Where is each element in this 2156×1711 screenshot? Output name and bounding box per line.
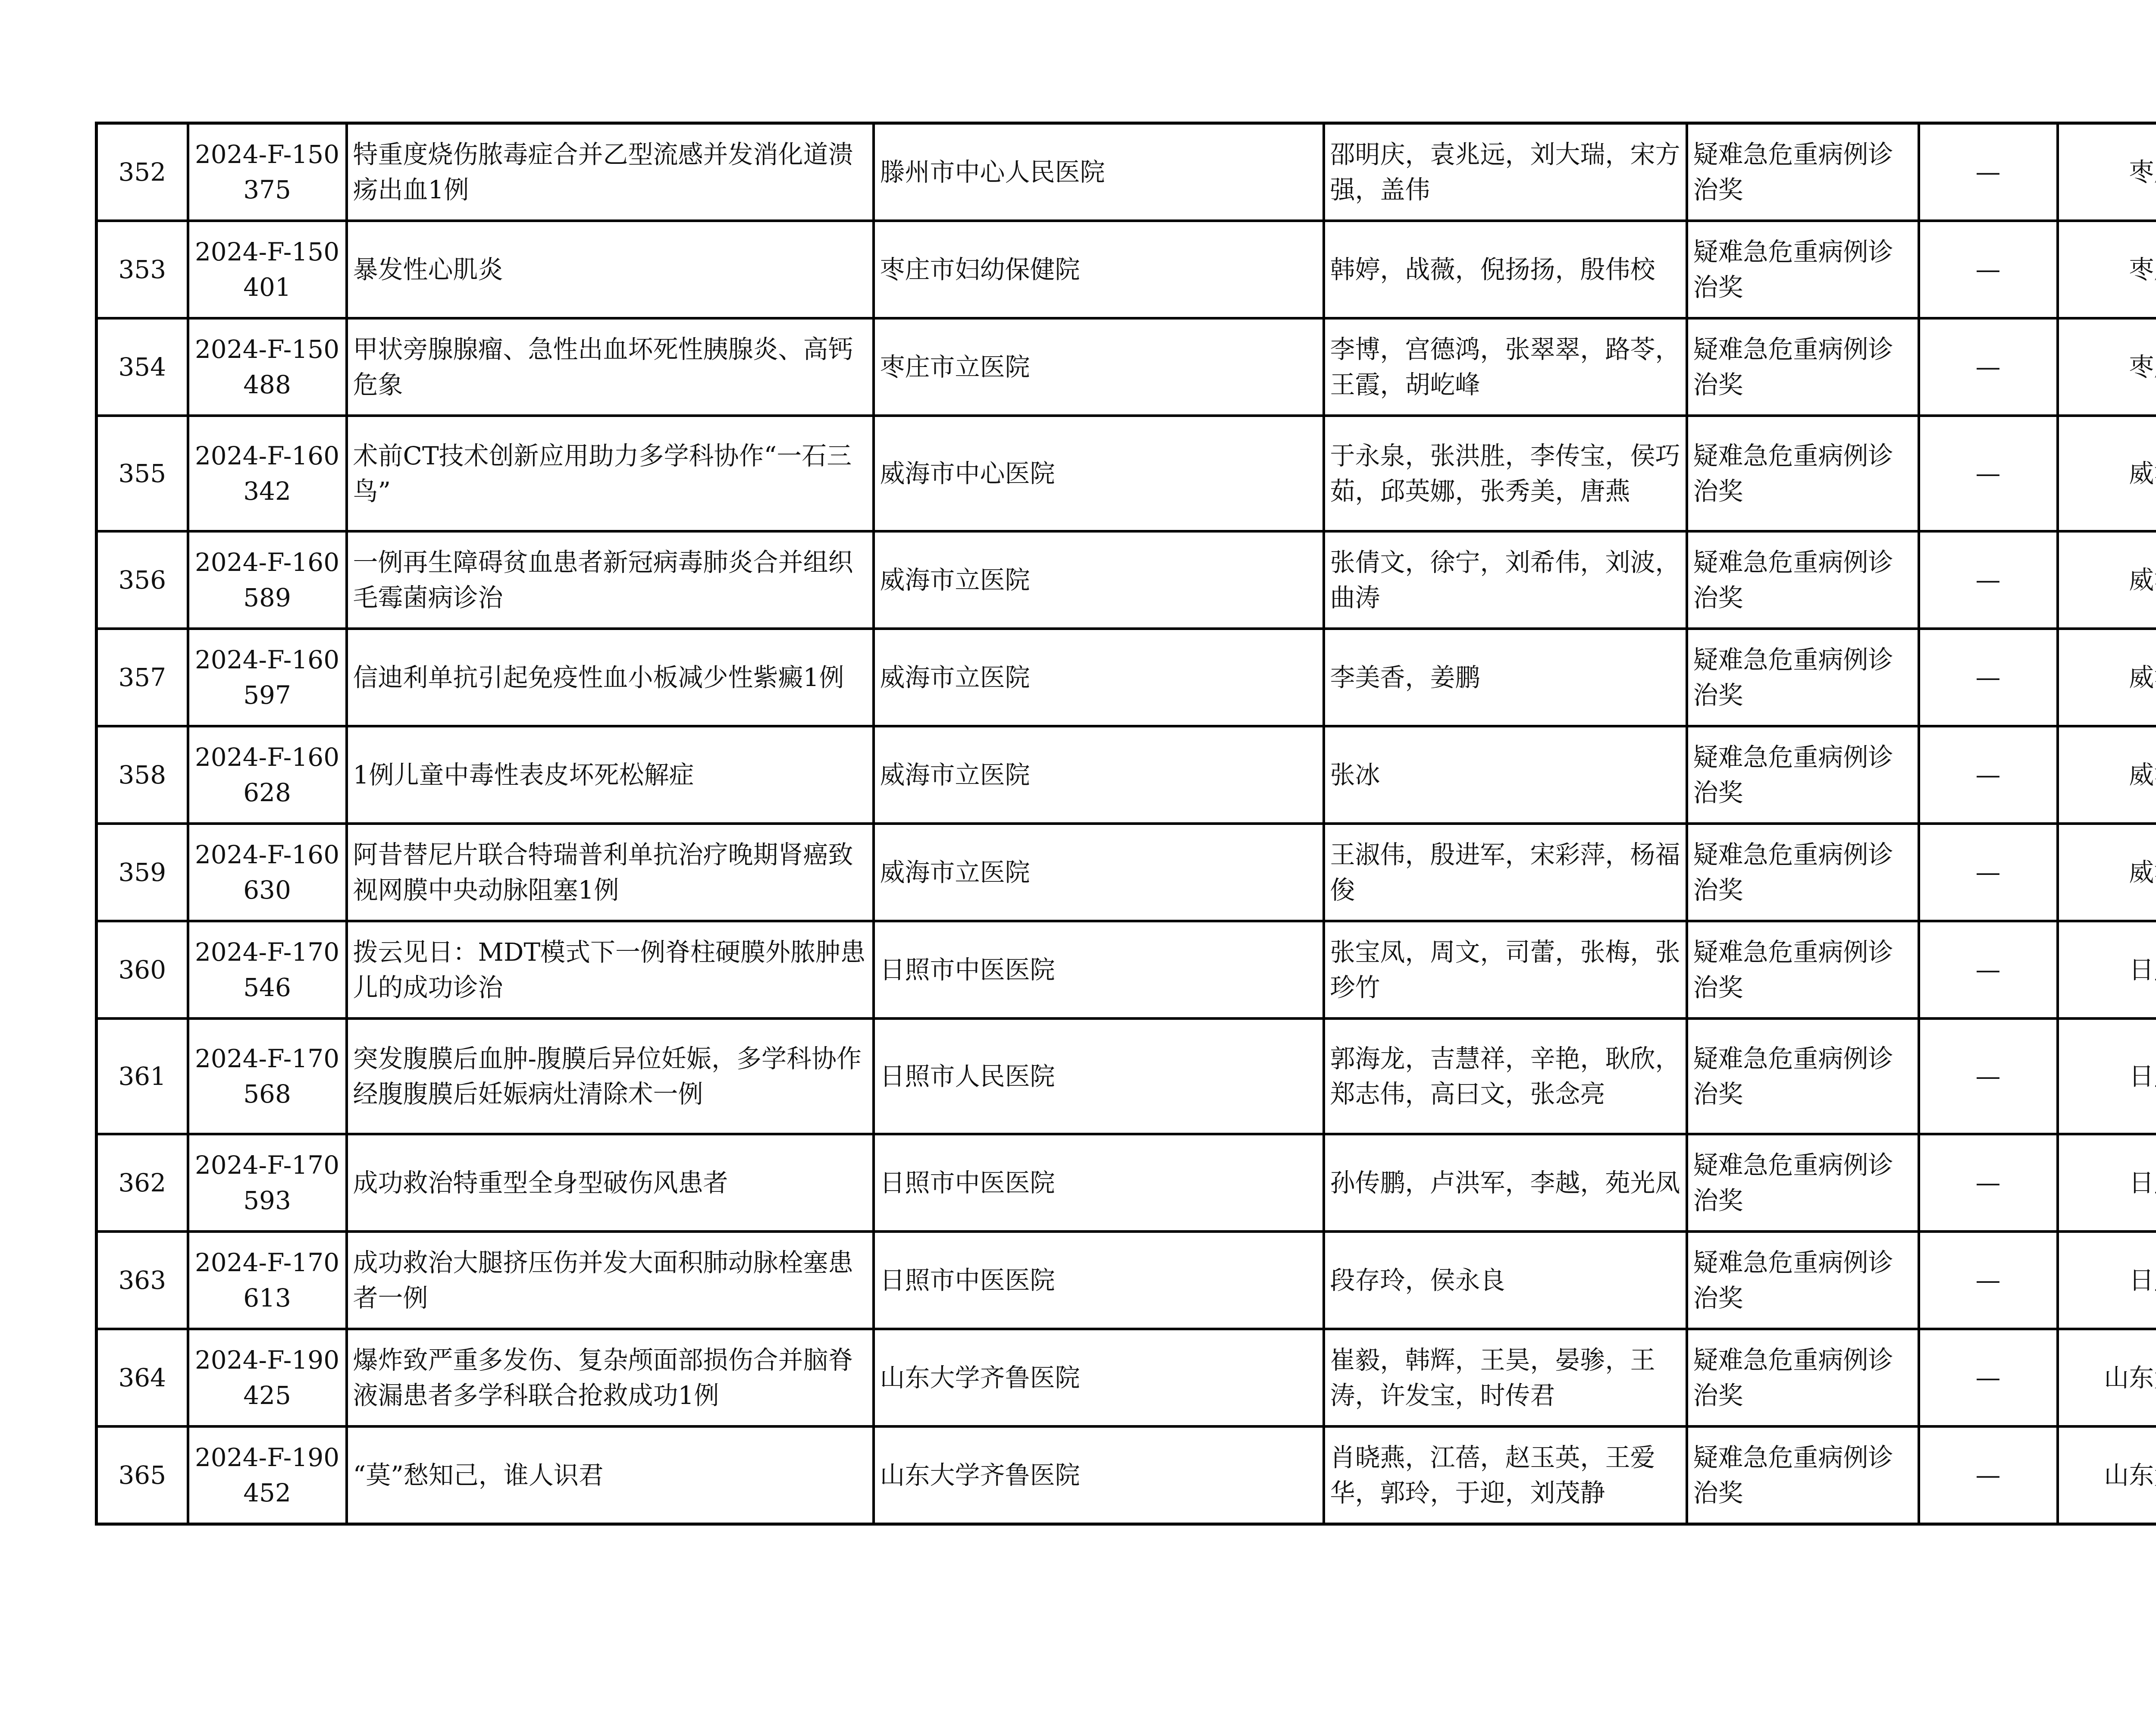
cell-award-rank: —: [1919, 123, 2058, 221]
cell-serial-number: 358: [97, 726, 188, 824]
cell-award-category: 疑难急危重病例诊治奖: [1687, 221, 1919, 318]
cell-project-title: 术前CT技术创新应用助力多学科协作“一石三鸟”: [347, 416, 874, 531]
table-row: 365 2024-F-190452 “莫”愁知己，谁人识君 山东大学齐鲁医院 肖…: [97, 1426, 2156, 1524]
cell-authors: 邵明庆，袁兆远，刘大瑞，宋方强，盖伟: [1324, 123, 1687, 221]
cell-institution: 威海市中心医院: [874, 416, 1324, 531]
cell-project-title: 特重度烧伤脓毒症合并乙型流感并发消化道溃疡出血1例: [347, 123, 874, 221]
table-row: 357 2024-F-160597 信迪利单抗引起免疫性血小板减少性紫癜1例 威…: [97, 629, 2156, 726]
cell-serial-number: 363: [97, 1232, 188, 1329]
cell-award-rank: —: [1919, 1232, 2058, 1329]
cell-institution: 滕州市中心人民医院: [874, 123, 1324, 221]
cell-award-category: 疑难急危重病例诊治奖: [1687, 1232, 1919, 1329]
cell-award-category: 疑难急危重病例诊治奖: [1687, 1329, 1919, 1426]
cell-recommending-body: 威海市医学会: [2058, 629, 2156, 726]
cell-institution: 威海市立医院: [874, 824, 1324, 921]
table-body: 352 2024-F-150375 特重度烧伤脓毒症合并乙型流感并发消化道溃疡出…: [97, 123, 2156, 1524]
cell-award-rank: —: [1919, 318, 2058, 416]
cell-project-title: 成功救治大腿挤压伤并发大面积肺动脉栓塞患者一例: [347, 1232, 874, 1329]
cell-authors: 李博，宫德鸿，张翠翠，路苓，王霞，胡屹峰: [1324, 318, 1687, 416]
cell-project-code: 2024-F-170613: [188, 1232, 347, 1329]
cell-authors: 李美香，姜鹏: [1324, 629, 1687, 726]
table-row: 355 2024-F-160342 术前CT技术创新应用助力多学科协作“一石三鸟…: [97, 416, 2156, 531]
cell-award-rank: —: [1919, 824, 2058, 921]
cell-project-title: 信迪利单抗引起免疫性血小板减少性紫癜1例: [347, 629, 874, 726]
cell-serial-number: 361: [97, 1018, 188, 1134]
cell-institution: 日照市中医医院: [874, 1134, 1324, 1232]
cell-project-title: 拨云见日：MDT模式下一例脊柱硬膜外脓肿患儿的成功诊治: [347, 921, 874, 1018]
cell-serial-number: 364: [97, 1329, 188, 1426]
cell-recommending-body: 威海市医学会: [2058, 726, 2156, 824]
cell-project-code: 2024-F-170593: [188, 1134, 347, 1232]
cell-authors: 郭海龙，吉慧祥，辛艳，耿欣，郑志伟，高曰文，张念亮: [1324, 1018, 1687, 1134]
cell-project-code: 2024-F-150488: [188, 318, 347, 416]
cell-institution: 威海市立医院: [874, 726, 1324, 824]
cell-recommending-body: 日照市医学会: [2058, 921, 2156, 1018]
table-row: 361 2024-F-170568 突发腹膜后血肿-腹膜后异位妊娠，多学科协作经…: [97, 1018, 2156, 1134]
cell-institution: 枣庄市妇幼保健院: [874, 221, 1324, 318]
cell-authors: 张冰: [1324, 726, 1687, 824]
cell-institution: 威海市立医院: [874, 629, 1324, 726]
table-row: 360 2024-F-170546 拨云见日：MDT模式下一例脊柱硬膜外脓肿患儿…: [97, 921, 2156, 1018]
cell-serial-number: 355: [97, 416, 188, 531]
cell-recommending-body: 日照市医学会: [2058, 1018, 2156, 1134]
cell-award-category: 疑难急危重病例诊治奖: [1687, 921, 1919, 1018]
cell-serial-number: 365: [97, 1426, 188, 1524]
cell-serial-number: 359: [97, 824, 188, 921]
table-row: 362 2024-F-170593 成功救治特重型全身型破伤风患者 日照市中医医…: [97, 1134, 2156, 1232]
cell-award-rank: —: [1919, 921, 2058, 1018]
cell-award-rank: —: [1919, 1329, 2058, 1426]
cell-project-code: 2024-F-190452: [188, 1426, 347, 1524]
cell-award-rank: —: [1919, 221, 2058, 318]
cell-project-title: 甲状旁腺腺瘤、急性出血坏死性胰腺炎、高钙危象: [347, 318, 874, 416]
cell-award-rank: —: [1919, 726, 2058, 824]
cell-project-title: 成功救治特重型全身型破伤风患者: [347, 1134, 874, 1232]
cell-serial-number: 360: [97, 921, 188, 1018]
cell-award-category: 疑难急危重病例诊治奖: [1687, 824, 1919, 921]
cell-award-category: 疑难急危重病例诊治奖: [1687, 629, 1919, 726]
cell-award-rank: —: [1919, 1134, 2058, 1232]
cell-recommending-body: 枣庄市医学会: [2058, 123, 2156, 221]
cell-award-category: 疑难急危重病例诊治奖: [1687, 1134, 1919, 1232]
cell-award-rank: —: [1919, 1018, 2058, 1134]
awards-table: 352 2024-F-150375 特重度烧伤脓毒症合并乙型流感并发消化道溃疡出…: [95, 122, 2156, 1526]
cell-award-category: 疑难急危重病例诊治奖: [1687, 318, 1919, 416]
cell-project-title: “莫”愁知己，谁人识君: [347, 1426, 874, 1524]
cell-project-code: 2024-F-150401: [188, 221, 347, 318]
cell-serial-number: 357: [97, 629, 188, 726]
table-row: 354 2024-F-150488 甲状旁腺腺瘤、急性出血坏死性胰腺炎、高钙危象…: [97, 318, 2156, 416]
cell-authors: 张宝凤，周文，司蕾，张梅，张珍竹: [1324, 921, 1687, 1018]
table-row: 352 2024-F-150375 特重度烧伤脓毒症合并乙型流感并发消化道溃疡出…: [97, 123, 2156, 221]
table-row: 353 2024-F-150401 暴发性心肌炎 枣庄市妇幼保健院 韩婷，战薇，…: [97, 221, 2156, 318]
table-row: 359 2024-F-160630 阿昔替尼片联合特瑞普利单抗治疗晚期肾癌致视网…: [97, 824, 2156, 921]
cell-award-rank: —: [1919, 629, 2058, 726]
cell-recommending-body: 山东大学齐鲁医院: [2058, 1329, 2156, 1426]
cell-recommending-body: 威海市医学会: [2058, 416, 2156, 531]
cell-authors: 韩婷，战薇，倪扬扬，殷伟校: [1324, 221, 1687, 318]
cell-institution: 山东大学齐鲁医院: [874, 1426, 1324, 1524]
cell-project-code: 2024-F-160589: [188, 531, 347, 629]
cell-award-category: 疑难急危重病例诊治奖: [1687, 123, 1919, 221]
cell-recommending-body: 山东大学齐鲁医院: [2058, 1426, 2156, 1524]
cell-project-code: 2024-F-160630: [188, 824, 347, 921]
cell-serial-number: 354: [97, 318, 188, 416]
cell-award-category: 疑难急危重病例诊治奖: [1687, 726, 1919, 824]
cell-project-code: 2024-F-190425: [188, 1329, 347, 1426]
cell-award-rank: —: [1919, 1426, 2058, 1524]
cell-institution: 威海市立医院: [874, 531, 1324, 629]
cell-award-rank: —: [1919, 416, 2058, 531]
cell-project-title: 突发腹膜后血肿-腹膜后异位妊娠，多学科协作经腹腹膜后妊娠病灶清除术一例: [347, 1018, 874, 1134]
cell-project-title: 爆炸致严重多发伤、复杂颅面部损伤合并脑脊液漏患者多学科联合抢救成功1例: [347, 1329, 874, 1426]
cell-authors: 孙传鹏，卢洪军，李越，苑光凤: [1324, 1134, 1687, 1232]
cell-authors: 张倩文，徐宁，刘希伟，刘波，曲涛: [1324, 531, 1687, 629]
cell-project-title: 1例儿童中毒性表皮坏死松解症: [347, 726, 874, 824]
cell-authors: 崔毅，韩辉，王昊，晏骖，王涛，许发宝，时传君: [1324, 1329, 1687, 1426]
cell-award-category: 疑难急危重病例诊治奖: [1687, 416, 1919, 531]
cell-institution: 日照市中医医院: [874, 1232, 1324, 1329]
cell-serial-number: 353: [97, 221, 188, 318]
cell-award-category: 疑难急危重病例诊治奖: [1687, 1426, 1919, 1524]
cell-institution: 山东大学齐鲁医院: [874, 1329, 1324, 1426]
cell-serial-number: 356: [97, 531, 188, 629]
cell-recommending-body: 威海市医学会: [2058, 531, 2156, 629]
table-row: 356 2024-F-160589 一例再生障碍贫血患者新冠病毒肺炎合并组织毛霉…: [97, 531, 2156, 629]
cell-project-code: 2024-F-150375: [188, 123, 347, 221]
cell-authors: 王淑伟，殷进军，宋彩萍，杨福俊: [1324, 824, 1687, 921]
cell-authors: 于永泉，张洪胜，李传宝，侯巧茹，邱英娜，张秀美，唐燕: [1324, 416, 1687, 531]
cell-authors: 肖晓燕，江蓓，赵玉英，王爱华，郭玲，于迎，刘茂静: [1324, 1426, 1687, 1524]
table-row: 358 2024-F-160628 1例儿童中毒性表皮坏死松解症 威海市立医院 …: [97, 726, 2156, 824]
cell-award-category: 疑难急危重病例诊治奖: [1687, 531, 1919, 629]
cell-award-category: 疑难急危重病例诊治奖: [1687, 1018, 1919, 1134]
cell-institution: 枣庄市立医院: [874, 318, 1324, 416]
cell-award-rank: —: [1919, 531, 2058, 629]
cell-institution: 日照市中医医院: [874, 921, 1324, 1018]
cell-recommending-body: 日照市医学会: [2058, 1134, 2156, 1232]
cell-institution: 日照市人民医院: [874, 1018, 1324, 1134]
cell-project-title: 一例再生障碍贫血患者新冠病毒肺炎合并组织毛霉菌病诊治: [347, 531, 874, 629]
table-row: 363 2024-F-170613 成功救治大腿挤压伤并发大面积肺动脉栓塞患者一…: [97, 1232, 2156, 1329]
cell-recommending-body: 威海市医学会: [2058, 824, 2156, 921]
cell-serial-number: 362: [97, 1134, 188, 1232]
cell-serial-number: 352: [97, 123, 188, 221]
table-row: 364 2024-F-190425 爆炸致严重多发伤、复杂颅面部损伤合并脑脊液漏…: [97, 1329, 2156, 1426]
cell-project-code: 2024-F-160628: [188, 726, 347, 824]
cell-project-title: 阿昔替尼片联合特瑞普利单抗治疗晚期肾癌致视网膜中央动脉阻塞1例: [347, 824, 874, 921]
cell-recommending-body: 枣庄市医学会: [2058, 221, 2156, 318]
cell-recommending-body: 枣庄市医学会: [2058, 318, 2156, 416]
cell-authors: 段存玲，侯永良: [1324, 1232, 1687, 1329]
cell-recommending-body: 日照市医学会: [2058, 1232, 2156, 1329]
cell-project-code: 2024-F-170568: [188, 1018, 347, 1134]
cell-project-title: 暴发性心肌炎: [347, 221, 874, 318]
cell-project-code: 2024-F-170546: [188, 921, 347, 1018]
cell-project-code: 2024-F-160342: [188, 416, 347, 531]
cell-project-code: 2024-F-160597: [188, 629, 347, 726]
